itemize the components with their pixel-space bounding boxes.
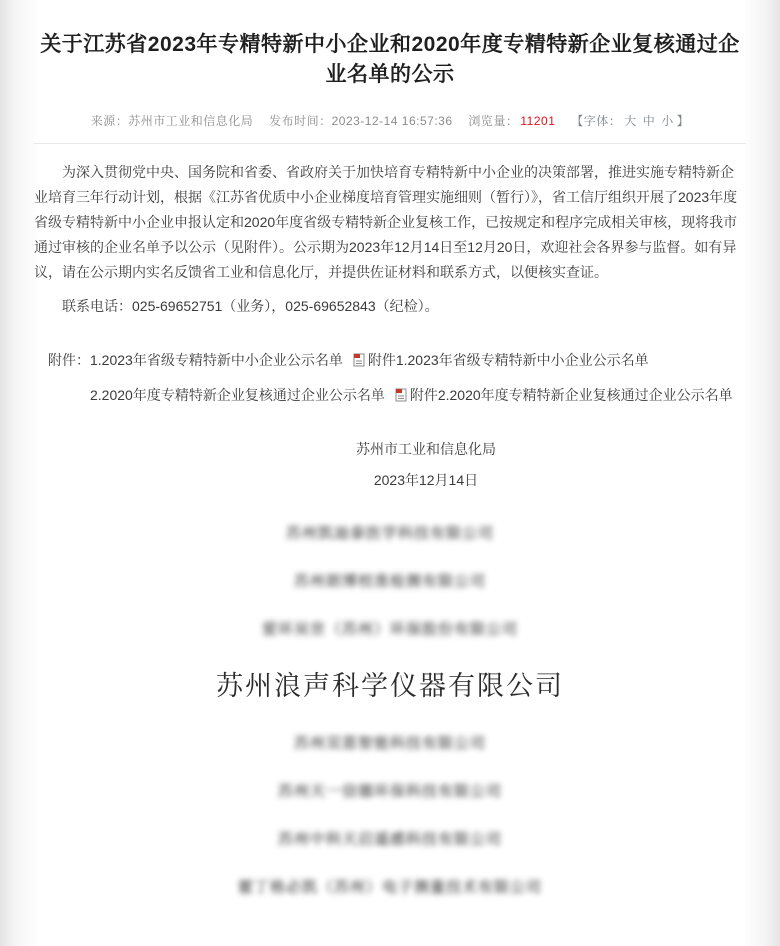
meta-views-label: 浏览量： bbox=[468, 114, 518, 128]
company-name-blurred: 苏州天一信德环保科技有限公司 bbox=[34, 782, 746, 802]
company-name-blurred: 苏州双恩智能科技有限公司 bbox=[34, 734, 746, 754]
meta-views-count: 11201 bbox=[520, 114, 555, 128]
company-name-blurred: 霍丁格必凯（苏州）电子测量技术有限公司 bbox=[34, 878, 746, 898]
font-large-button[interactable]: 大 bbox=[624, 114, 637, 128]
signature-date: 2023年12月14日 bbox=[356, 465, 496, 496]
attachment-1-link[interactable]: 附件1.2023年省级专精特新中小企业公示名单 bbox=[368, 352, 649, 368]
meta-source: 来源：苏州市工业和信息化局 bbox=[91, 114, 254, 128]
attachment-entry-1: 1.2023年省级专精特新中小企业公示名单附件1.2023年省级专精特新中小企业… bbox=[90, 349, 649, 373]
font-ctrl-open-bracket: 【字体： bbox=[571, 114, 621, 128]
meta-line: 来源：苏州市工业和信息化局 发布时间：2023-12-14 16:57:36 浏… bbox=[34, 112, 746, 129]
font-medium-button[interactable]: 中 bbox=[643, 114, 656, 128]
company-name-blurred: 苏州中科天启遥感科技有限公司 bbox=[34, 830, 746, 850]
body-paragraph: 为深入贯彻党中央、国务院和省委、省政府关于加快培育专精特新中小企业的决策部署，推… bbox=[34, 160, 746, 285]
company-name-blurred: 苏州凯迪泰医学科技有限公司 bbox=[34, 524, 746, 544]
meta-source-value: 苏州市工业和信息化局 bbox=[128, 114, 253, 128]
company-name-blurred: 爱环吴世（苏州）环保股份有限公司 bbox=[34, 620, 746, 640]
page-title: 关于江苏省2023年专精特新中小企业和2020年度专精特新企业复核通过企业名单的… bbox=[34, 30, 746, 90]
attachments-section: 附件： 1.2023年省级专精特新中小企业公示名单附件1.2023年省级专精特新… bbox=[34, 349, 746, 408]
font-size-control: 【字体：大中小】 bbox=[571, 114, 689, 128]
attachment-row: 附件： 1.2023年省级专精特新中小企业公示名单附件1.2023年省级专精特新… bbox=[34, 349, 746, 373]
attachment-row: 2.2020年度专精特新企业复核通过企业公示名单附件2.2020年度专精特新企业… bbox=[34, 384, 746, 408]
signature-org: 苏州市工业和信息化局 bbox=[356, 434, 496, 465]
attachment-1-list-text: 1.2023年省级专精特新中小企业公示名单 bbox=[90, 352, 343, 368]
attachment-2-list-text: 2.2020年度专精特新企业复核通过企业公示名单 bbox=[90, 387, 385, 403]
meta-publish-label: 发布时间： bbox=[269, 114, 332, 128]
attachments-label: 附件： bbox=[34, 349, 90, 371]
font-ctrl-close-bracket: 】 bbox=[677, 114, 690, 128]
meta-publish-value: 2023-12-14 16:57:36 bbox=[332, 114, 453, 128]
attachment-2-link[interactable]: 附件2.2020年度专精特新企业复核通过企业公示名单 bbox=[410, 387, 733, 403]
contact-line: 联系电话：025-69652751（业务），025-69652843（纪检）。 bbox=[34, 294, 746, 319]
font-small-button[interactable]: 小 bbox=[661, 114, 674, 128]
meta-source-label: 来源： bbox=[91, 114, 129, 128]
company-name-blurred: 苏州朗博校准检测有限公司 bbox=[34, 572, 746, 592]
attachment-file-icon bbox=[353, 351, 365, 373]
meta-publish: 发布时间：2023-12-14 16:57:36 bbox=[269, 114, 452, 128]
header-divider bbox=[34, 143, 746, 144]
meta-views: 浏览量：11201 bbox=[468, 114, 555, 128]
attachment-file-icon bbox=[395, 386, 407, 408]
company-name-highlight: 苏州浪声科学仪器有限公司 bbox=[34, 668, 746, 704]
announcement-page: 关于江苏省2023年专精特新中小企业和2020年度专精特新企业复核通过企业名单的… bbox=[34, 0, 746, 946]
article-body: 为深入贯彻党中央、国务院和省委、省政府关于加快培育专精特新中小企业的决策部署，推… bbox=[34, 160, 746, 319]
signature-block: 苏州市工业和信息化局 2023年12月14日 bbox=[356, 434, 496, 496]
company-list: 苏州凯迪泰医学科技有限公司 苏州朗博校准检测有限公司 爱环吴世（苏州）环保股份有… bbox=[34, 524, 746, 946]
attachment-entry-2: 2.2020年度专精特新企业复核通过企业公示名单附件2.2020年度专精特新企业… bbox=[90, 384, 733, 408]
